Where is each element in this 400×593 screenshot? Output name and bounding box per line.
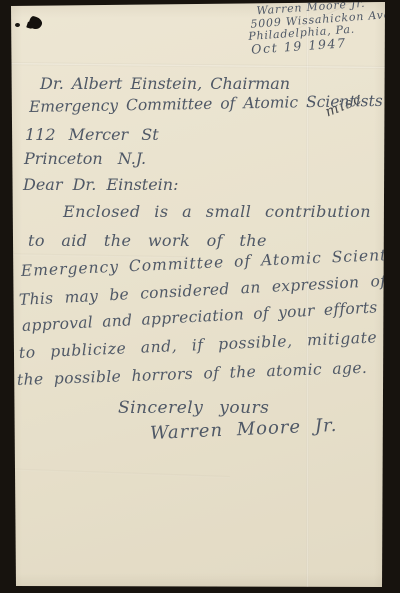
salutation: Dear Dr. Einstein: (23, 177, 178, 193)
closing: Sincerely yours (118, 400, 269, 417)
fold-crease-top (0, 62, 400, 69)
photo-background: Warren Moore Jr. 5009 Wissahickon Ave Ph… (0, 0, 400, 593)
body-line: to aid the work of the (28, 233, 267, 249)
ink-blot-large (27, 15, 43, 30)
recipient-street-line: 112 Mercer St (25, 127, 159, 143)
body-line: the possible horrors of the atomic age. (17, 361, 368, 389)
body-line: Enclosed is a small contribution (63, 204, 371, 220)
signature: Warren Moore Jr. (150, 417, 338, 443)
sender-address-block: Warren Moore Jr. 5009 Wissahickon Ave Ph… (246, 0, 393, 57)
fold-crease-lower (0, 468, 230, 478)
body-line: to publicize and, if possible, mitigate (19, 330, 378, 361)
recipient-city-line: Princeton N.J. (24, 151, 146, 167)
fold-crease-vertical (306, 0, 309, 593)
ink-blot-small (15, 23, 20, 27)
recipient-name-line: Dr. Albert Einstein, Chairman (40, 76, 290, 92)
letter-paper: Warren Moore Jr. 5009 Wissahickon Ave Ph… (0, 0, 400, 593)
